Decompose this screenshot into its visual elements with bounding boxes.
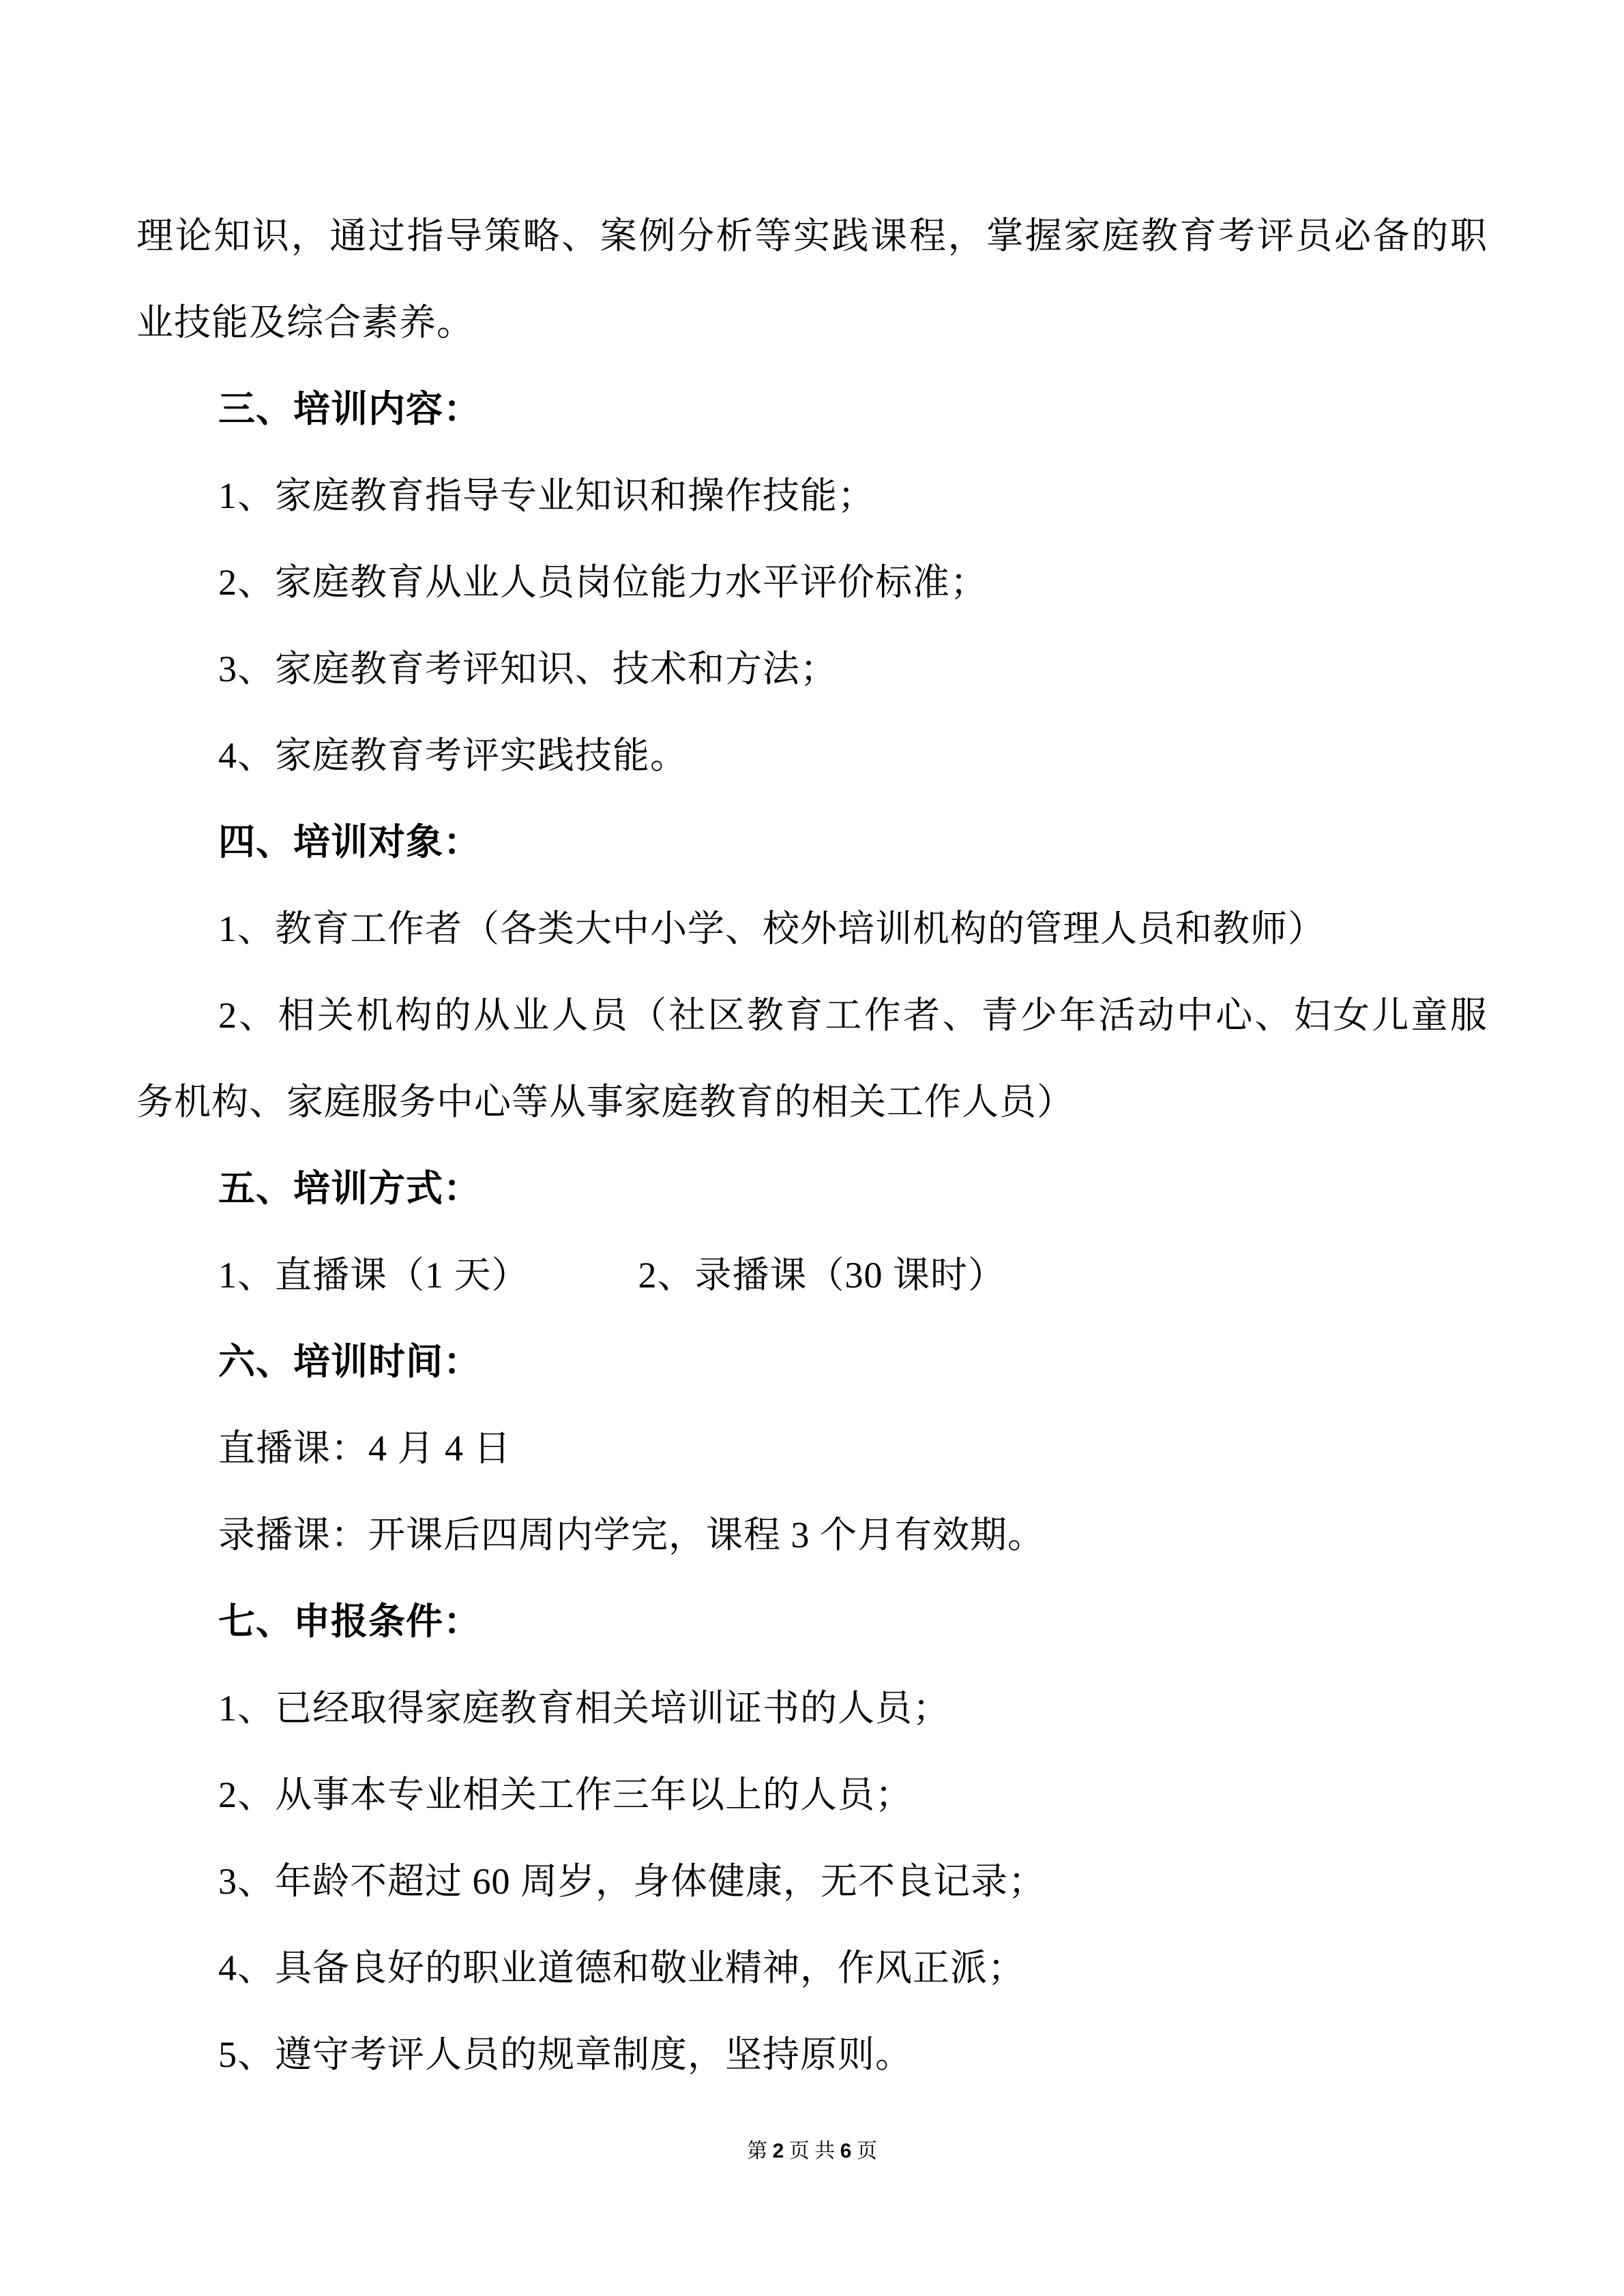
footer-label-suffix: 页 [851, 2140, 877, 2162]
list-item-pair: 1、直播课（1 天）2、录播课（30 课时） [136, 1232, 1488, 1319]
list-item-part: 1、直播课（1 天） [218, 1255, 529, 1296]
document-page: 理论知识，通过指导策略、案例分析等实践课程，掌握家庭教育考评员必备的职业技能及综… [0, 0, 1624, 2296]
footer-label-middle: 页 共 [784, 2140, 840, 2162]
list-item: 5、遵守考评人员的规章制度，坚持原则。 [136, 2012, 1488, 2098]
list-item: 直播课：4 月 4 日 [136, 1405, 1488, 1492]
list-item: 4、具备良好的职业道德和敬业精神，作风正派； [136, 1925, 1488, 2012]
document-body: 理论知识，通过指导策略、案例分析等实践课程，掌握家庭教育考评员必备的职业技能及综… [136, 193, 1488, 2098]
section-heading: 三、培训内容： [136, 366, 1488, 453]
section-heading: 四、培训对象： [136, 799, 1488, 886]
list-item: 2、从事本专业相关工作三年以上的人员； [136, 1752, 1488, 1838]
list-item: 3、年龄不超过 60 周岁，身体健康，无不良记录； [136, 1838, 1488, 1925]
paragraph-line: 务机构、家庭服务中心等从事家庭教育的相关工作人员） [136, 1059, 1488, 1146]
footer-label-prefix: 第 [747, 2140, 773, 2162]
footer-total-page-number: 6 [840, 2140, 852, 2162]
footer-current-page-number: 2 [773, 2140, 784, 2162]
list-item: 录播课：开课后四周内学完，课程 3 个月有效期。 [136, 1492, 1488, 1579]
section-heading: 七、申报条件： [136, 1579, 1488, 1665]
section-heading: 五、培训方式： [136, 1146, 1488, 1232]
list-item: 2、家庭教育从业人员岗位能力水平评价标准； [136, 539, 1488, 626]
list-item: 3、家庭教育考评知识、技术和方法； [136, 626, 1488, 713]
list-item: 1、教育工作者（各类大中小学、校外培训机构的管理人员和教师） [136, 886, 1488, 972]
page-footer: 第 2 页 共 6 页 [0, 2136, 1624, 2166]
list-item: 2、相关机构的从业人员（社区教育工作者、青少年活动中心、妇女儿童服 [136, 972, 1488, 1059]
list-item: 1、家庭教育指导专业知识和操作技能； [136, 453, 1488, 539]
list-item: 4、家庭教育考评实践技能。 [136, 713, 1488, 799]
list-item: 1、已经取得家庭教育相关培训证书的人员； [136, 1665, 1488, 1752]
list-item-part: 2、录播课（30 课时） [638, 1255, 1006, 1296]
paragraph-line: 理论知识，通过指导策略、案例分析等实践课程，掌握家庭教育考评员必备的职 [136, 193, 1488, 280]
paragraph-line: 业技能及综合素养。 [136, 280, 1488, 366]
section-heading: 六、培训时间： [136, 1319, 1488, 1405]
